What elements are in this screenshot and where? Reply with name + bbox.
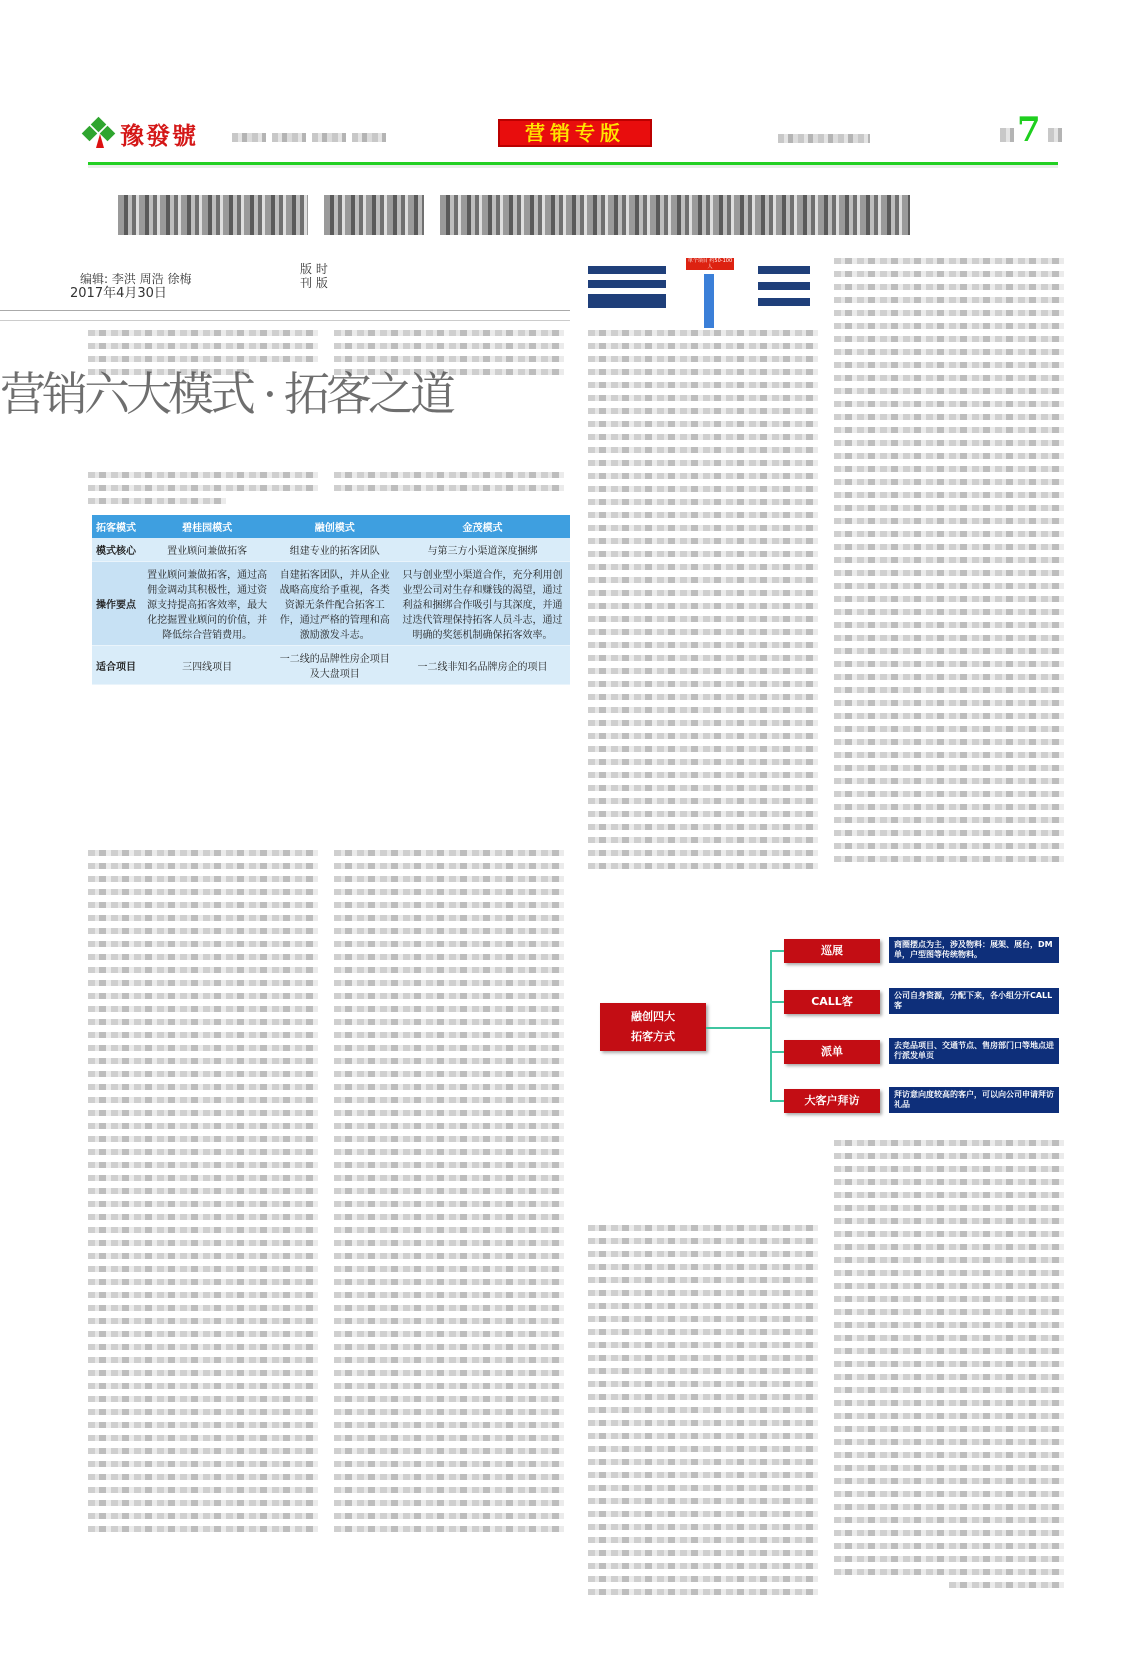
chart-box: [588, 294, 666, 308]
chart-box: [588, 280, 666, 288]
chart-center-bar: [704, 274, 714, 328]
table-cell: 一二线的品牌性房企项目及大盘项目: [274, 646, 395, 685]
table-header: 金茂模式: [395, 515, 570, 538]
masthead-nav-item: [352, 133, 386, 142]
masthead-nav-item: [232, 133, 266, 142]
chart-box: [758, 282, 810, 290]
body-text-column-2: [334, 850, 564, 1539]
divider: [0, 320, 570, 321]
table-cell: 自建拓客团队，并从企业战略高度给予重视，各类资源无条件配合拓客工作，通过严格的管…: [274, 562, 395, 646]
diagram-node-desc: 公司自身资源，分配下来，各小组分开CALL客: [889, 988, 1059, 1014]
table-cell: 与第三方小渠道深度捆绑: [395, 538, 570, 562]
body-text-column-1: [88, 850, 318, 1539]
row-label: 模式核心: [92, 538, 140, 562]
table-cell: 只与创业型小渠道合作，充分利用创业型公司对生存和赚钱的渴望，通过利益和捆绑合作吸…: [395, 562, 570, 646]
byline: 编辑: 李洪 周浩 徐梅 2017年4月30日 版 时 刊 版: [0, 258, 570, 318]
diagram-node-call: CALL客: [784, 990, 880, 1014]
connector-line: [770, 1100, 784, 1102]
table-cell: 置业顾问兼做拓客: [140, 538, 274, 562]
table-header: 拓客模式: [92, 515, 140, 538]
connector-line: [770, 950, 772, 1102]
chart-box: [758, 266, 810, 274]
masthead-nav-item: [272, 133, 306, 142]
connector-line: [770, 950, 784, 952]
byline-side-2: 刊 版: [300, 274, 328, 291]
diagram-node-flyer: 派单: [784, 1040, 880, 1064]
edition-badge: 营销专版: [498, 119, 652, 147]
root-line-2: 拓客方式: [600, 1027, 706, 1047]
page-prefix-blurred: [1000, 128, 1014, 142]
diagram-node-key-account: 大客户拜访: [784, 1089, 880, 1113]
diagram-node-desc: 拜访意向度较高的客户，可以向公司申请拜访礼品: [889, 1087, 1059, 1113]
table-header: 碧桂园模式: [140, 515, 274, 538]
diagram-node-desc: 去竞品项目、交通节点、售房部门口等地点进行派发单页: [889, 1038, 1059, 1064]
table-row: 操作要点 置业顾问兼做拓客，通过高佣金调动其积极性，通过资源支持提高拓客效率，最…: [92, 562, 570, 646]
chart-box: [588, 266, 666, 274]
table-cell: 一二线非知名品牌房企的项目: [395, 646, 570, 685]
table-cell: 组建专业的拓客团队: [274, 538, 395, 562]
masthead-rule-shadow: [88, 165, 1058, 168]
clover-logo-icon: [84, 119, 114, 149]
team-structure-chart: 单个项目 约50-100人: [588, 258, 810, 330]
body-text-column-2: [334, 472, 564, 498]
customer-acquisition-diagram: 融创四大 拓客方式 巡展 商圈摆点为主，涉及物料：展架、展台，DM单，户型图等传…: [598, 935, 1068, 1115]
body-text-column-3: [588, 1225, 818, 1602]
table-cell: 置业顾问兼做拓客，通过高佣金调动其积极性，通过资源支持提高拓客效率，最大化挖掘置…: [140, 562, 274, 646]
headline-segment: [118, 195, 308, 235]
logo-text: 豫發號: [120, 116, 198, 151]
diagram-node-desc: 商圈摆点为主，涉及物料：展架、展台，DM单，户型图等传统物料。: [889, 937, 1059, 963]
marketing-mode-table: 拓客模式 碧桂园模式 融创模式 金茂模式 模式核心 置业顾问兼做拓客 组建专业的…: [92, 515, 570, 685]
connector-line: [770, 1001, 784, 1003]
table-row: 模式核心 置业顾问兼做拓客 组建专业的拓客团队 与第三方小渠道深度捆绑: [92, 538, 570, 562]
page-suffix-blurred: [1048, 128, 1062, 142]
byline-date: 2017年4月30日: [70, 282, 167, 301]
chart-box: [758, 298, 810, 306]
masthead-date-blurred: [778, 134, 870, 143]
masthead-nav-item: [312, 133, 346, 142]
body-text-column-4: [834, 1140, 1064, 1595]
page-headline: [118, 190, 1028, 240]
table-header-row: 拓客模式 碧桂园模式 融创模式 金茂模式: [92, 515, 570, 538]
overlay-title-fragment: 营销六大模式 · 拓客之道: [0, 370, 570, 470]
diagram-root-node: 融创四大 拓客方式: [600, 1003, 706, 1051]
connector-line: [706, 1027, 770, 1029]
body-text-column-1: [88, 472, 318, 511]
table-cell: 三四线项目: [140, 646, 274, 685]
connector-line: [770, 1051, 784, 1053]
table-header: 融创模式: [274, 515, 395, 538]
row-label: 操作要点: [92, 562, 140, 646]
body-text-column-3: [588, 330, 818, 876]
row-label: 适合项目: [92, 646, 140, 685]
headline-segment: [440, 195, 910, 235]
table-row: 适合项目 三四线项目 一二线的品牌性房企项目及大盘项目 一二线非知名品牌房企的项…: [92, 646, 570, 685]
page-number: 7: [1017, 110, 1041, 150]
newspaper-logo: 豫發號: [84, 116, 198, 151]
divider: [0, 310, 570, 311]
headline-segment: [324, 195, 424, 235]
body-text-column-4: [834, 258, 1064, 869]
chart-top-label: 单个项目 约50-100人: [686, 258, 734, 270]
root-line-1: 融创四大: [600, 1007, 706, 1027]
diagram-node-exhibition: 巡展: [784, 939, 880, 963]
